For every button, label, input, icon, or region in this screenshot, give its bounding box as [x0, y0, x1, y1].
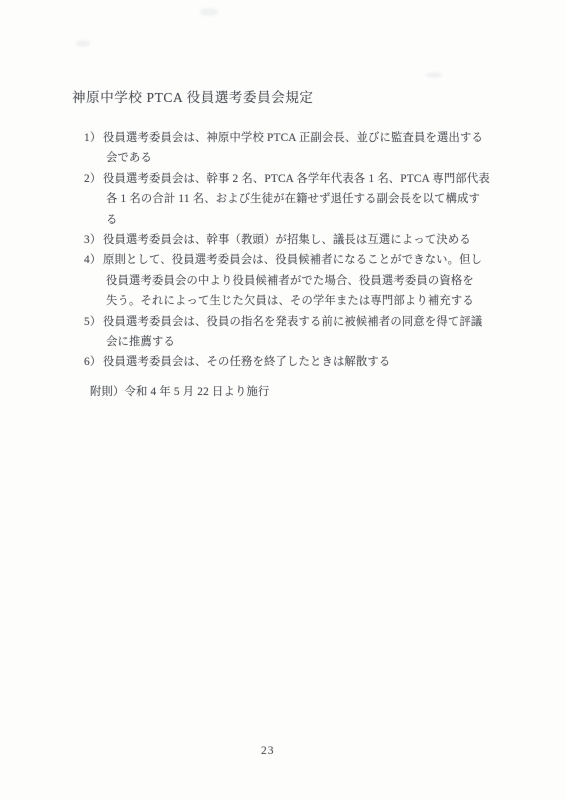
- item-text: 原則として、役員選考委員会は、役員候補者になることができない。但し: [103, 254, 482, 266]
- item-text: 役員選考委員会は、幹事 2 名、PTCA 各学年代表各 1 名、PTCA 専門部…: [103, 173, 490, 185]
- list-item: 4）原則として、役員選考委員会は、役員候補者になることができない。但し 役員選考…: [84, 250, 504, 311]
- list-item: 5）役員選考委員会は、役員の指名を発表する前に被候補者の同意を得て評議 会に推薦…: [84, 312, 504, 353]
- item-line: 役員選考委員会の中より役員候補者がでた場合、役員選考委員の資格を: [84, 271, 504, 291]
- list-item: 2）役員選考委員会は、幹事 2 名、PTCA 各学年代表各 1 名、PTCA 専…: [84, 169, 504, 230]
- item-line: る: [84, 210, 504, 230]
- item-line: 会である: [84, 148, 504, 168]
- item-number: 4）: [84, 250, 103, 270]
- list-item: 6）役員選考委員会は、その任務を終了したときは解散する: [84, 352, 504, 372]
- item-number: 3）: [84, 230, 103, 250]
- page-number: 23: [261, 745, 275, 757]
- list-item: 1）役員選考委員会は、神原中学校 PTCA 正副会長、並びに監査員を選出する 会…: [84, 128, 504, 169]
- item-number: 6）: [84, 352, 103, 372]
- item-number: 1）: [84, 128, 103, 148]
- regulation-list: 1）役員選考委員会は、神原中学校 PTCA 正副会長、並びに監査員を選出する 会…: [84, 128, 504, 402]
- item-line: 2）役員選考委員会は、幹事 2 名、PTCA 各学年代表各 1 名、PTCA 専…: [84, 169, 504, 189]
- item-text: 役員選考委員会は、神原中学校 PTCA 正副会長、並びに監査員を選出する: [103, 132, 483, 144]
- appendix-note: 附則）令和 4 年 5 月 22 日より施行: [90, 382, 504, 402]
- item-line: 各 1 名の合計 11 名、および生徒が在籍せず退任する副会長を以て構成す: [84, 189, 504, 209]
- scanned-document-page: 神原中学校 PTCA 役員選考委員会規定 1）役員選考委員会は、神原中学校 PT…: [0, 0, 565, 800]
- item-line: 4）原則として、役員選考委員会は、役員候補者になることができない。但し: [84, 250, 504, 270]
- item-line: 3）役員選考委員会は、幹事（教頭）が招集し、議長は互選によって決める: [84, 230, 504, 250]
- item-number: 5）: [84, 312, 103, 332]
- item-line: 会に推薦する: [84, 332, 504, 352]
- document-title: 神原中学校 PTCA 役員選考委員会規定: [72, 89, 314, 106]
- item-text: 役員選考委員会は、幹事（教頭）が招集し、議長は互選によって決める: [103, 234, 471, 246]
- scan-smudge: [200, 8, 218, 16]
- scan-smudge: [426, 72, 442, 78]
- item-text: 役員選考委員会は、その任務を終了したときは解散する: [103, 356, 390, 368]
- item-line: 5）役員選考委員会は、役員の指名を発表する前に被候補者の同意を得て評議: [84, 312, 504, 332]
- item-number: 2）: [84, 169, 103, 189]
- item-text: 役員選考委員会は、役員の指名を発表する前に被候補者の同意を得て評議: [103, 316, 482, 328]
- item-line: 失う。それによって生じた欠員は、その学年または専門部より補充する: [84, 291, 504, 311]
- list-item: 3）役員選考委員会は、幹事（教頭）が招集し、議長は互選によって決める: [84, 230, 504, 250]
- item-line: 6）役員選考委員会は、その任務を終了したときは解散する: [84, 352, 504, 372]
- item-line: 1）役員選考委員会は、神原中学校 PTCA 正副会長、並びに監査員を選出する: [84, 128, 504, 148]
- scan-smudge: [76, 40, 90, 47]
